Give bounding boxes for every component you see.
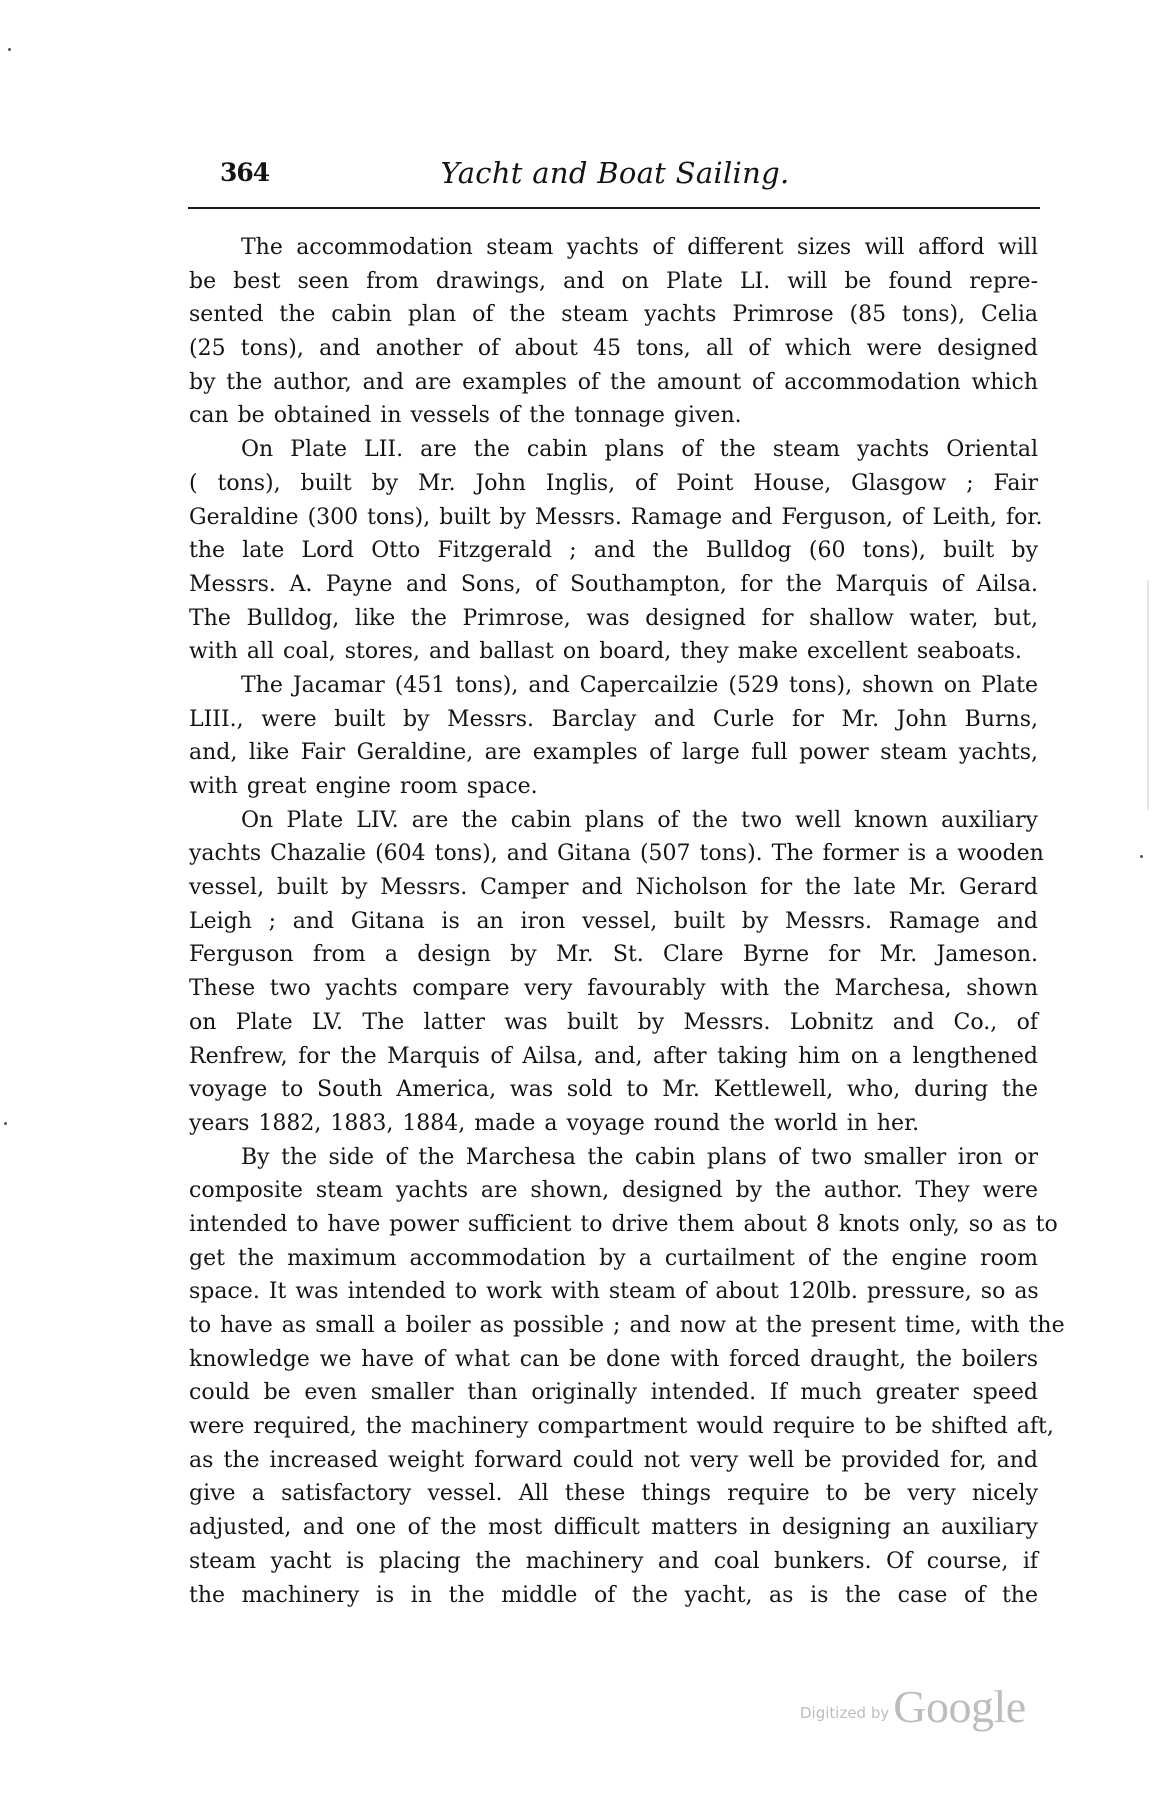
text-line: yachts Chazalie (604 tons), and Gitana (… [189,837,1038,871]
text-line: ( tons), built by Mr. John Inglis, of Po… [189,467,1038,501]
text-line: Messrs. A. Payne and Sons, of Southampto… [189,568,1038,602]
text-line: space. It was intended to work with stea… [189,1275,1038,1309]
scan-speck [8,48,11,51]
text-line: Leigh ; and Gitana is an iron vessel, bu… [189,905,1038,939]
text-line: years 1882, 1883, 1884, made a voyage ro… [189,1107,1038,1141]
text-line: (25 tons), and another of about 45 tons,… [189,332,1038,366]
scan-speck [1140,855,1143,858]
text-line: LIII., were built by Messrs. Barclay and… [189,703,1038,737]
watermark-prefix: Digitized by [800,1704,889,1722]
text-line: can be obtained in vessels of the tonnag… [189,399,1038,433]
paragraph: On Plate LIV. are the cabin plans of the… [189,804,1038,1141]
text-line: steam yacht is placing the machinery and… [189,1545,1038,1579]
paragraph: The accommodation steam yachts of differ… [189,231,1038,433]
text-line: Renfrew, for the Marquis of Ailsa, and, … [189,1040,1038,1074]
text-line: adjusted, and one of the most difficult … [189,1511,1038,1545]
text-line: and, like Fair Geraldine, are examples o… [189,736,1038,770]
text-line: the late Lord Otto Fitzgerald ; and the … [189,534,1038,568]
text-line: get the maximum accommodation by a curta… [189,1242,1038,1276]
text-line: sented the cabin plan of the steam yacht… [189,298,1038,332]
text-line: On Plate LII. are the cabin plans of the… [189,433,1038,467]
paragraph: By the side of the Marchesa the cabin pl… [189,1141,1038,1613]
text-line: knowledge we have of what can be done wi… [189,1343,1038,1377]
digitized-by-google-watermark: Digitized byGoogle [800,1680,1026,1733]
text-line: Geraldine (300 tons), built by Messrs. R… [189,501,1038,535]
text-line: The accommodation steam yachts of differ… [189,231,1038,265]
header-rule [188,207,1040,209]
text-line: On Plate LIV. are the cabin plans of the… [189,804,1038,838]
text-line: give a satisfactory vessel. All these th… [189,1477,1038,1511]
text-line: with all coal, stores, and ballast on bo… [189,635,1038,669]
text-line: on Plate LV. The latter was built by Mes… [189,1006,1038,1040]
text-line: were required, the machinery compartment… [189,1410,1038,1444]
text-line: could be even smaller than originally in… [189,1376,1038,1410]
text-line: as the increased weight forward could no… [189,1444,1038,1478]
text-line: vessel, built by Messrs. Camper and Nich… [189,871,1038,905]
body-text: The accommodation steam yachts of differ… [189,231,1038,1612]
text-line: Ferguson from a design by Mr. St. Clare … [189,938,1038,972]
google-logo-text: Google [893,1681,1025,1732]
scan-speck [4,1122,7,1125]
text-line: By the side of the Marchesa the cabin pl… [189,1141,1038,1175]
text-line: to have as small a boiler as possible ; … [189,1309,1038,1343]
paragraph: The Jacamar (451 tons), and Capercailzie… [189,669,1038,804]
text-line: intended to have power sufficient to dri… [189,1208,1038,1242]
text-line: These two yachts compare very favourably… [189,972,1038,1006]
text-line: be best seen from drawings, and on Plate… [189,265,1038,299]
text-line: with great engine room space. [189,770,1038,804]
page-header: 364 Yacht and Boat Sailing. [190,150,1040,190]
running-title: Yacht and Boat Sailing. [190,156,1040,190]
text-line: by the author, and are examples of the a… [189,366,1038,400]
text-line: the machinery is in the middle of the ya… [189,1579,1038,1613]
text-line: The Jacamar (451 tons), and Capercailzie… [189,669,1038,703]
book-page: 364 Yacht and Boat Sailing. The accommod… [0,0,1153,1800]
text-line: The Bulldog, like the Primrose, was desi… [189,602,1038,636]
text-line: composite steam yachts are shown, design… [189,1174,1038,1208]
scan-edge-shadow [1147,580,1149,810]
text-line: voyage to South America, was sold to Mr.… [189,1073,1038,1107]
paragraph: On Plate LII. are the cabin plans of the… [189,433,1038,669]
